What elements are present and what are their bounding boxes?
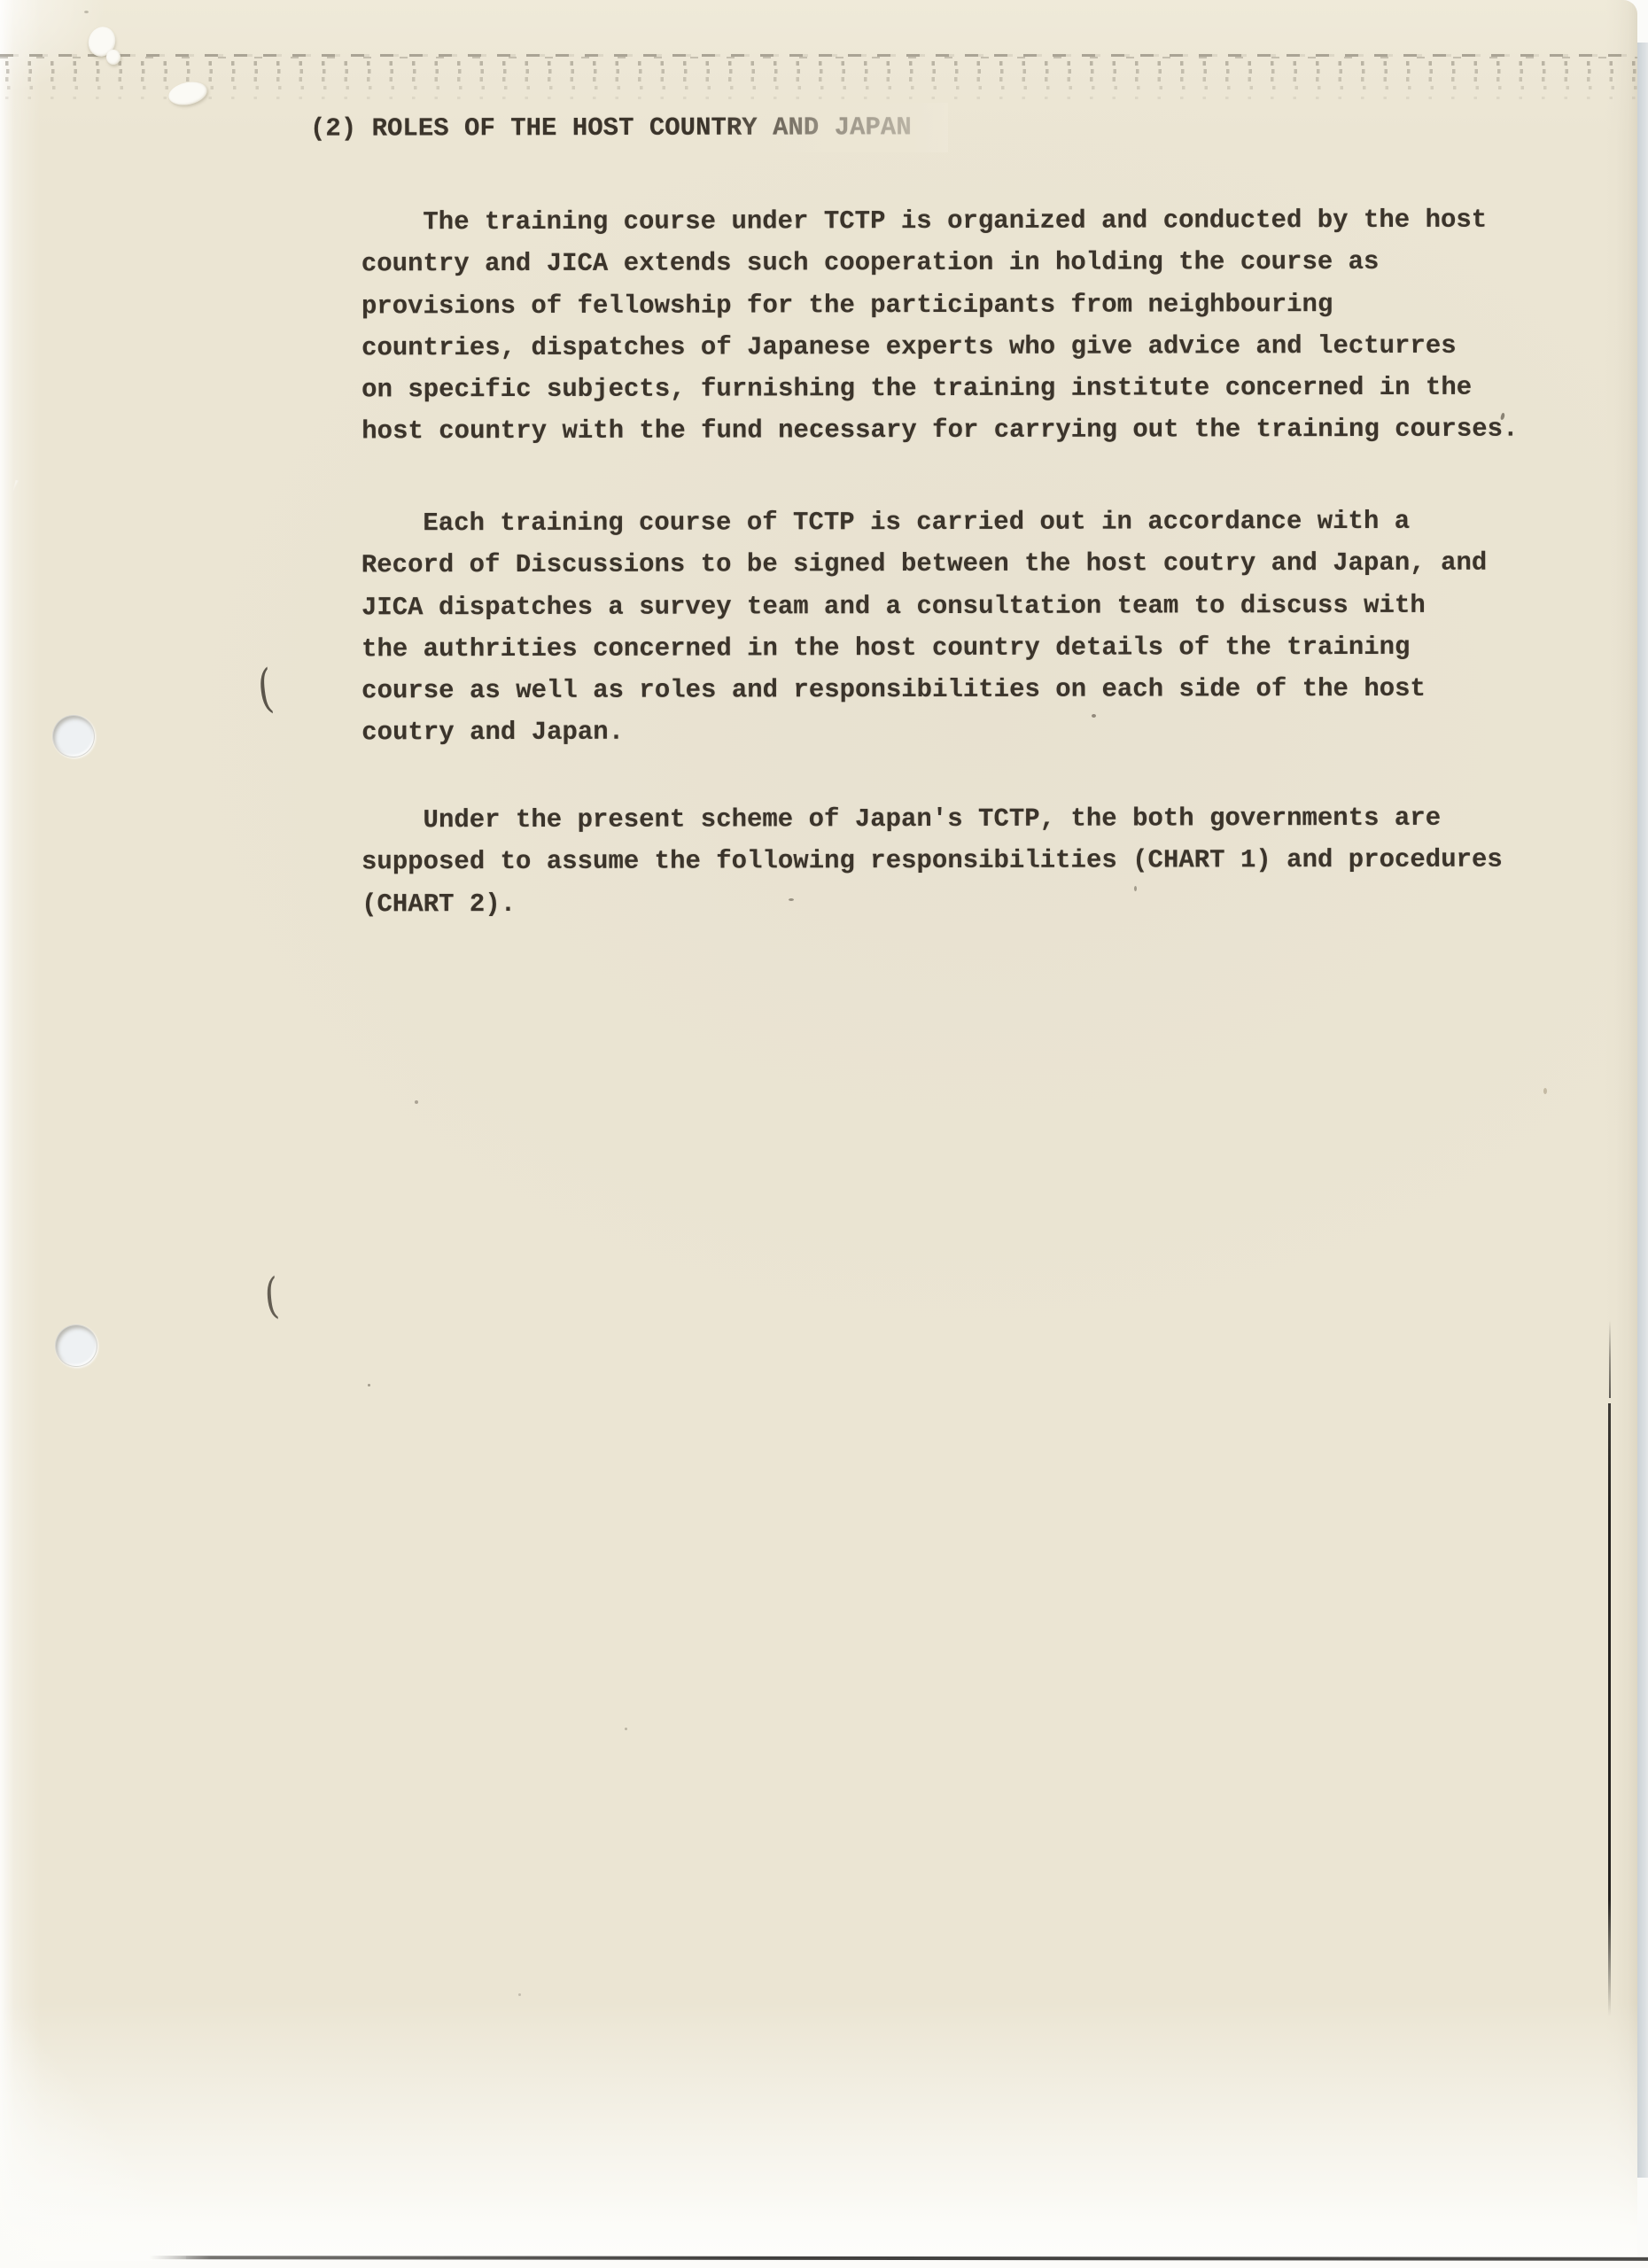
ink-speck — [440, 519, 444, 523]
faded-ink-overlay — [718, 103, 948, 152]
paper-tear — [106, 50, 120, 65]
perforation-line-secondary — [0, 57, 1637, 58]
perforation-stitch-row — [0, 77, 1637, 82]
ink-speck — [368, 1384, 370, 1386]
punch-hole-top — [52, 715, 95, 757]
scan-artifact-vertical-line — [1608, 1403, 1611, 2016]
punch-hole-bottom — [55, 1324, 97, 1367]
scanner-background-strip — [1637, 43, 1648, 2178]
ink-speck — [84, 11, 89, 13]
scan-artifact-vertical-line — [1609, 1320, 1611, 1398]
scanned-document-page: (2) ROLES OF THE HOST COUNTRY AND JAPAN … — [0, 0, 1648, 2268]
paragraph-1: The training course under TCTP is organi… — [361, 199, 1519, 454]
ink-speck — [789, 898, 794, 901]
perforation-stitch-row — [0, 61, 1637, 66]
perforation-stitch-row — [0, 97, 1637, 99]
paragraph-2: Each training course of TCTP is carried … — [361, 501, 1488, 754]
paragraph-3: Under the present scheme of Japan's TCTP… — [361, 797, 1503, 926]
perforation-edge — [0, 49, 1637, 111]
ink-speck — [1092, 714, 1096, 718]
perforation-stitch-row — [0, 86, 1637, 89]
paper-corner-fold — [0, 2020, 186, 2268]
perforation-stitch-row — [0, 69, 1637, 74]
ink-speck — [1134, 886, 1137, 891]
ink-speck — [625, 1728, 627, 1730]
ink-speck — [1543, 1088, 1547, 1094]
ink-speck — [518, 1993, 521, 1996]
ink-speck — [415, 1100, 418, 1104]
